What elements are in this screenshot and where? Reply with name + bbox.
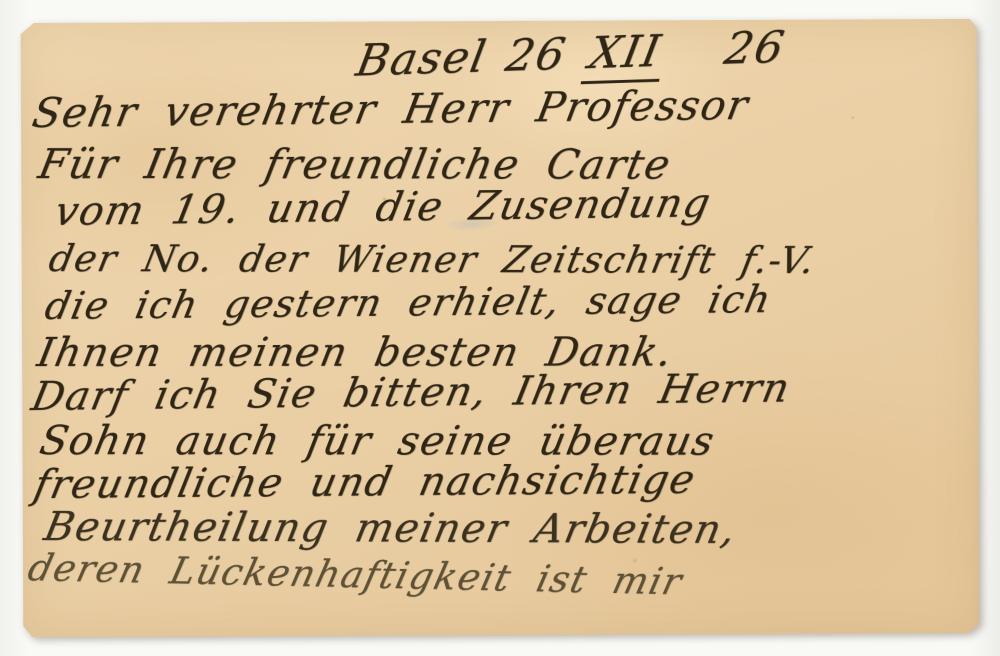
handwriting-line-5: die ich gestern erhielt, sage ich <box>41 277 775 328</box>
handwriting-line-10: Beurtheilung meiner Arbeiten, <box>40 504 740 553</box>
postcard: Basel26XII26 Sehr verehrter Herr Profess… <box>21 19 980 637</box>
handwriting-line-3: vom 19. und die Zusendung <box>51 180 715 235</box>
handwriting-line-9: freundliche und nachsichtige <box>30 457 700 508</box>
date-day: 26 <box>502 29 571 82</box>
postcard-paper: Basel26XII26 Sehr verehrter Herr Profess… <box>21 19 980 637</box>
date-month-underlined: XII <box>580 26 669 85</box>
date-line: Basel26XII26 <box>352 22 789 87</box>
handwriting-line-11: deren Lückenhaftigkeit ist mir <box>24 546 687 603</box>
scan-background: Basel26XII26 Sehr verehrter Herr Profess… <box>0 0 1000 656</box>
handwriting-line-4: der No. der Wiener Zeitschrift f.-V. <box>45 237 819 282</box>
handwriting-line-7: Darf ich Sie bitten, Ihren Herrn <box>28 365 795 420</box>
date-place: Basel <box>352 31 491 86</box>
handwriting-line-1: Sehr verehrter Herr Professor <box>29 81 753 137</box>
date-year: 26 <box>721 22 790 75</box>
